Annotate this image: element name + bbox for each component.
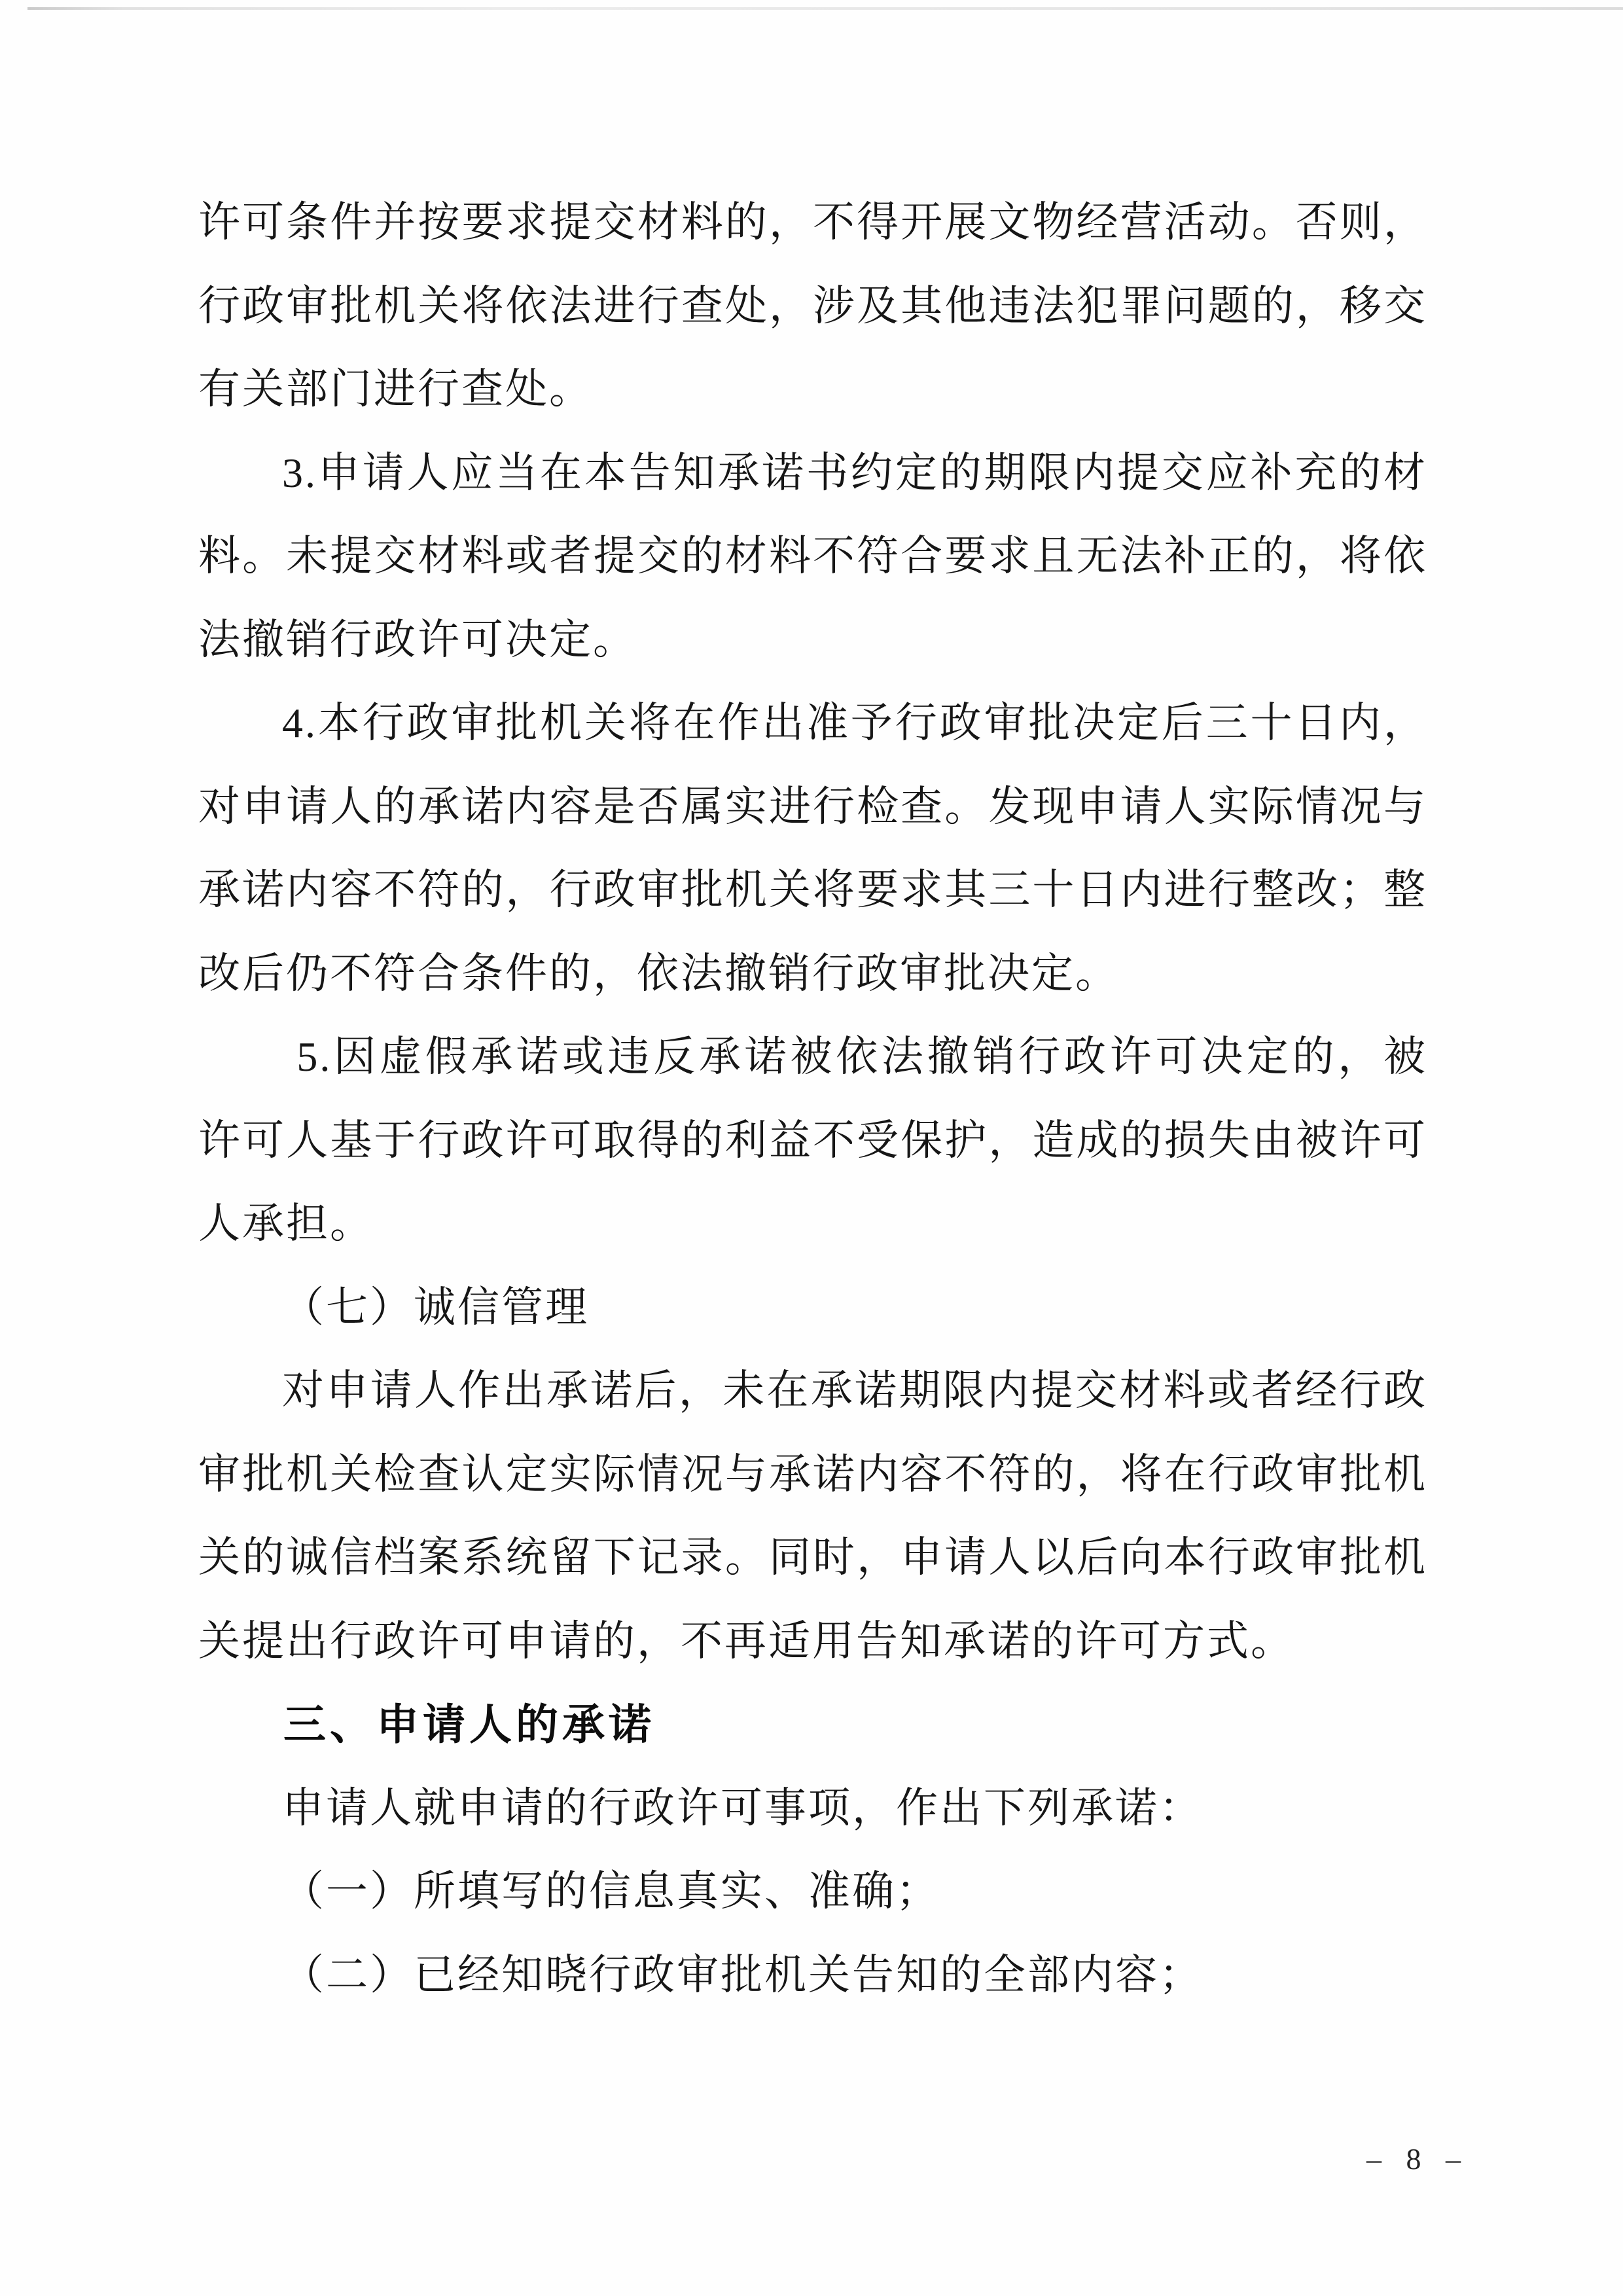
page-number: – 8 – bbox=[1366, 2142, 1461, 2176]
section-heading-applicant-promises: 三、申请人的承诺 bbox=[198, 1683, 1427, 1767]
body-paragraph-item-3: 3.申请人应当在本告知承诺书约定的期限内提交应补充的材料。未提交材料或者提交的材… bbox=[198, 431, 1427, 682]
body-paragraph-integrity-management: 对申请人作出承诺后，未在承诺期限内提交材料或者经行政审批机关检查认定实际情况与承… bbox=[198, 1349, 1427, 1683]
subsection-heading-integrity-management: （七）诚信管理 bbox=[198, 1266, 1427, 1350]
body-paragraph-continuation: 许可条件并按要求提交材料的，不得开展文物经营活动。否则，行政审批机关将依法进行查… bbox=[198, 181, 1427, 431]
body-paragraph-item-4: 4.本行政审批机关将在作出准予行政审批决定后三十日内，对申请人的承诺内容是否属实… bbox=[198, 681, 1427, 1015]
body-paragraph-promises-intro: 申请人就申请的行政许可事项，作出下列承诺： bbox=[198, 1767, 1427, 1850]
scan-artifact-line bbox=[27, 7, 1623, 10]
body-paragraph-item-5: 5.因虚假承诺或违反承诺被依法撤销行政许可决定的，被许可人基于行政许可取得的利益… bbox=[198, 1015, 1427, 1266]
list-item-promise-2: （二）已经知晓行政审批机关告知的全部内容； bbox=[198, 1933, 1427, 2017]
document-body: 许可条件并按要求提交材料的，不得开展文物经营活动。否则，行政审批机关将依法进行查… bbox=[198, 181, 1427, 2017]
document-page: 许可条件并按要求提交材料的，不得开展文物经营活动。否则，行政审批机关将依法进行查… bbox=[0, 0, 1623, 2296]
list-item-promise-1: （一）所填写的信息真实、准确； bbox=[198, 1850, 1427, 1933]
